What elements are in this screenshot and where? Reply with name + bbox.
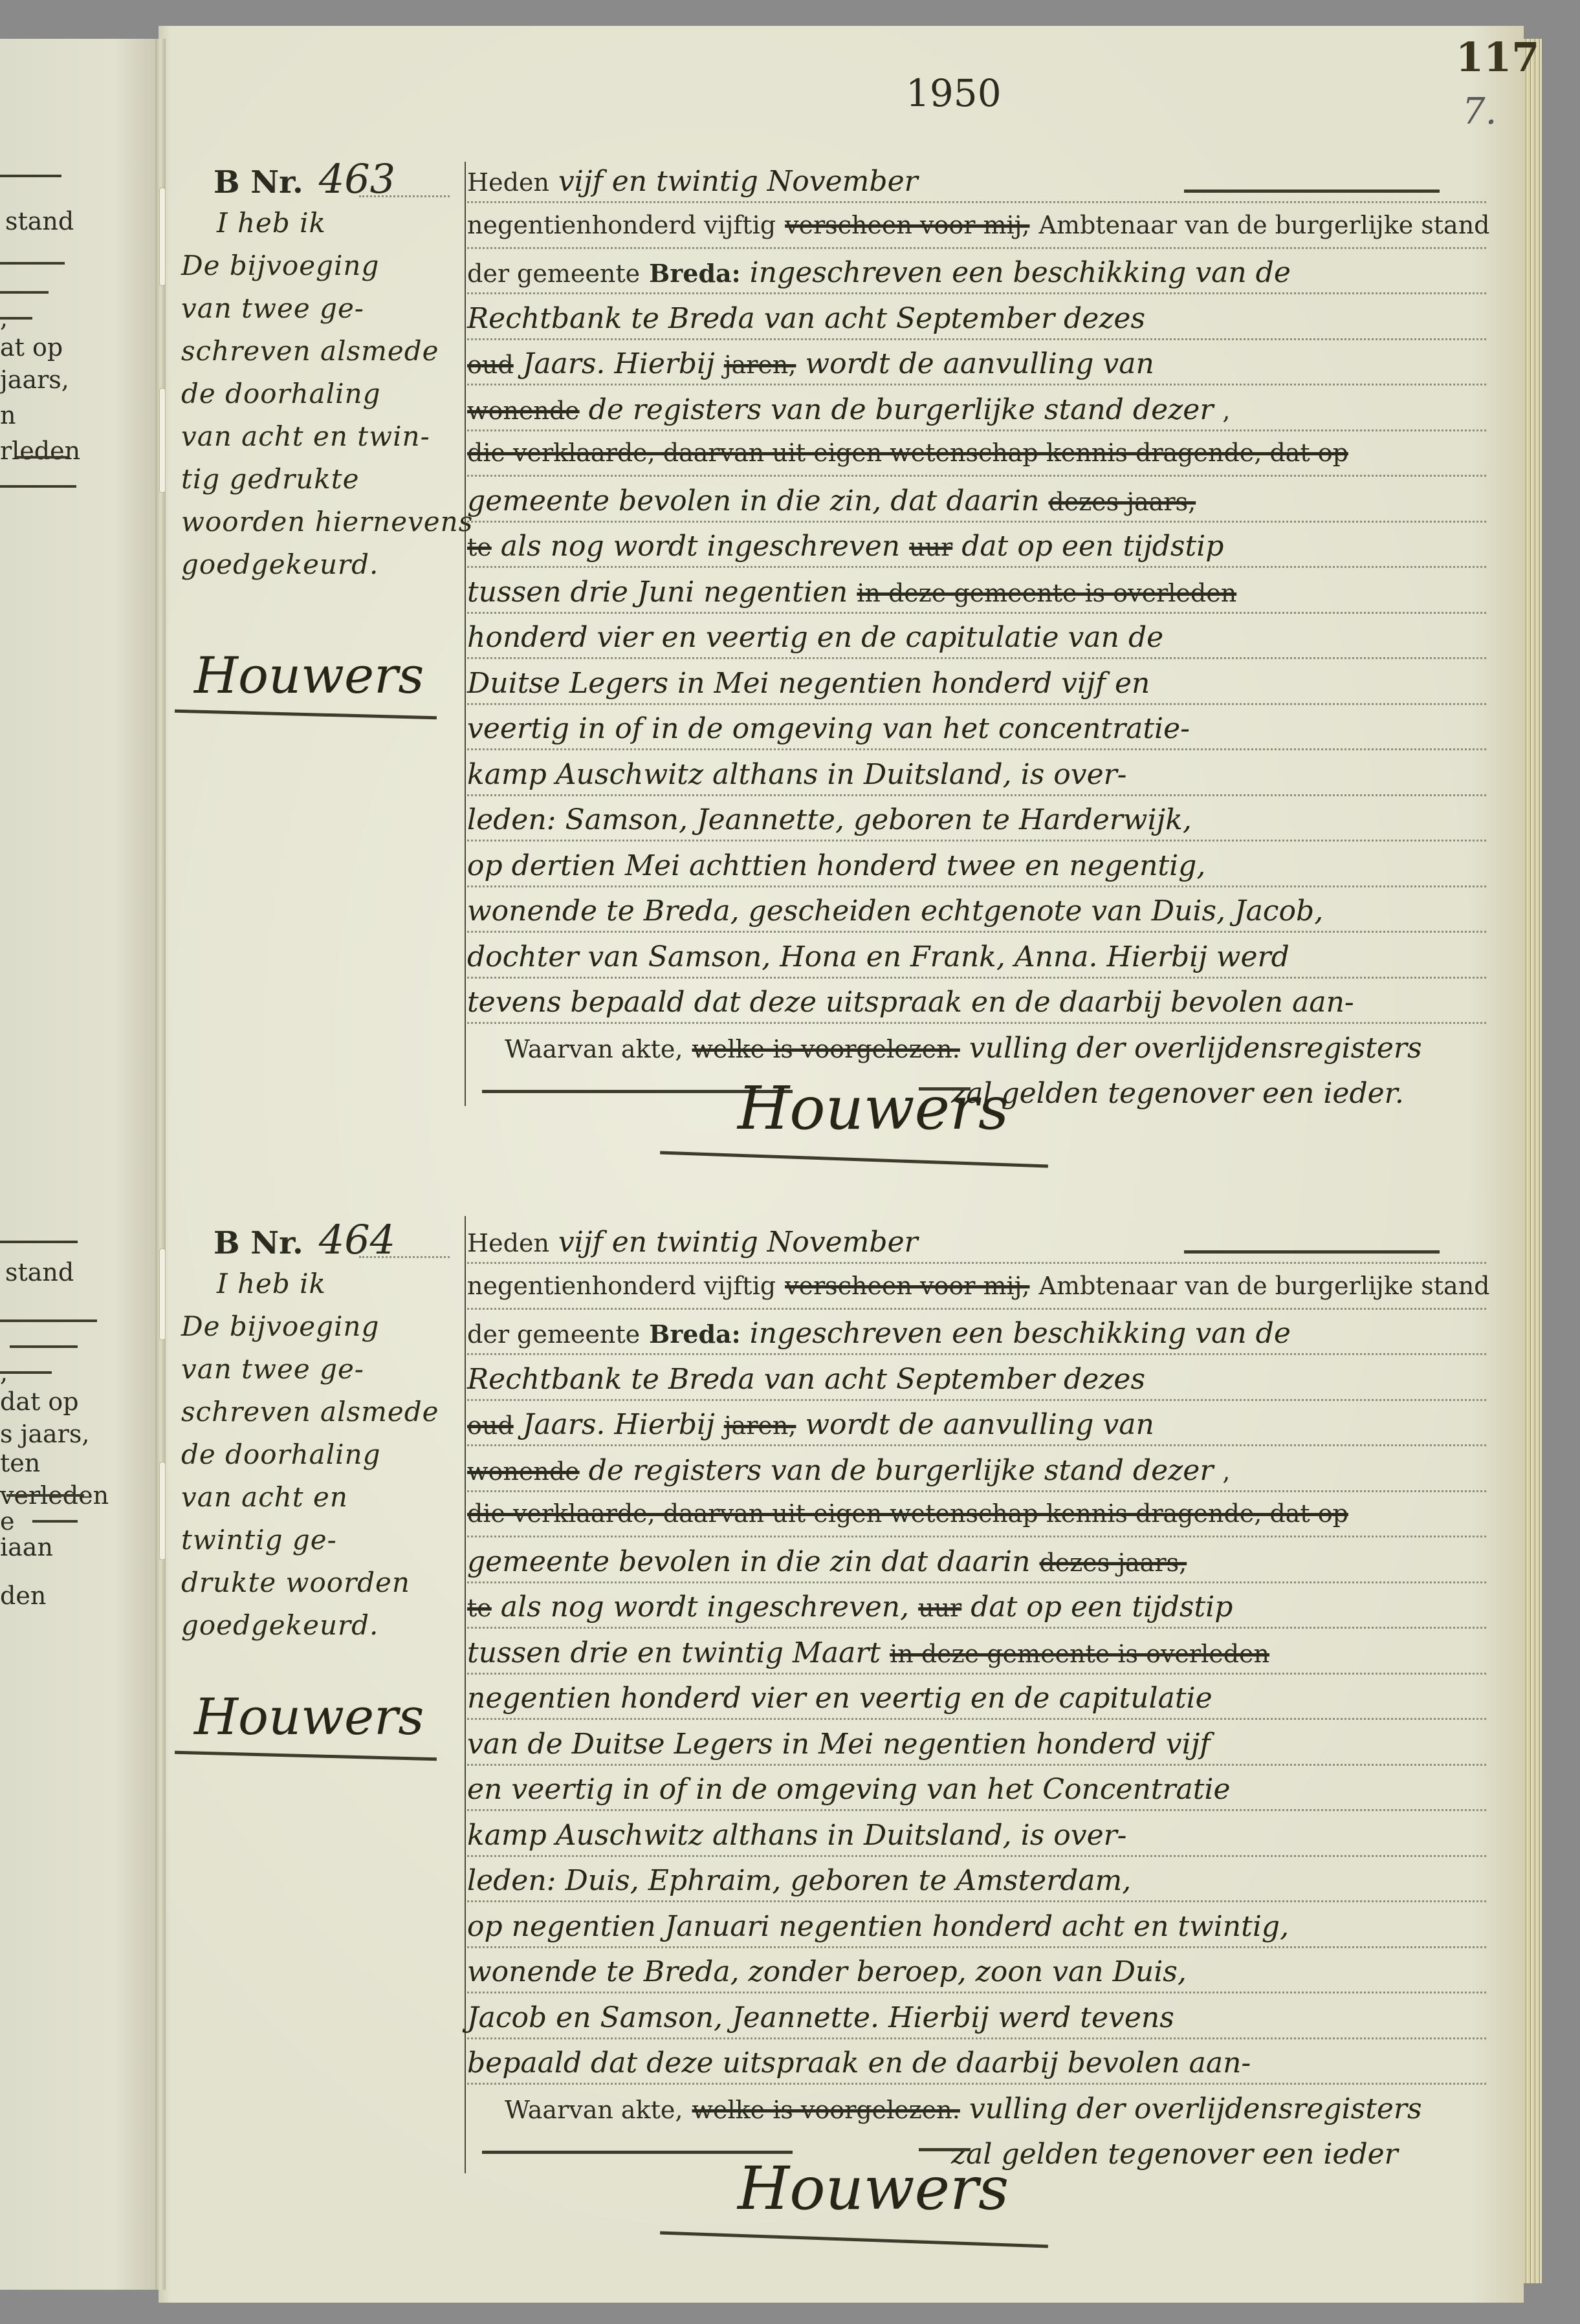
binding-stitch	[159, 388, 166, 493]
margin-note-line: de doorhaling	[181, 1439, 381, 1470]
write-line	[467, 657, 1486, 659]
handwritten-text: van de Duitse Legers in Mei negentien ho…	[467, 1728, 1211, 1761]
handwritten-text: als nog wordt ingeschreven,	[501, 1591, 909, 1624]
facing-page-text: iaan	[0, 1533, 53, 1561]
handwritten-text: wonende te Breda, gescheiden echtgenote …	[467, 895, 1323, 928]
facing-page-text: dat op	[0, 1387, 79, 1416]
printed-text: Ambtenaar van de burgerlijke stand	[1039, 211, 1490, 239]
printed-text: der gemeente	[467, 1320, 640, 1349]
write-line	[467, 521, 1486, 523]
facing-page-rule	[0, 485, 76, 488]
write-line	[467, 1308, 1486, 1310]
handwritten-text: dat op een tijdstip	[961, 530, 1223, 563]
handwritten-text: honderd vier en veertig en de capitulati…	[467, 621, 1163, 654]
handwritten-text: vulling der overlijdensregisters	[969, 1032, 1422, 1065]
facing-page-rule	[0, 291, 49, 294]
facing-page-rule	[0, 1371, 52, 1374]
handwritten-text: de registers van de burgerlijke stand de…	[589, 1454, 1214, 1487]
printed-text: Waarvan akte,	[505, 1035, 683, 1063]
struck-printed-text: jaren,	[724, 1411, 796, 1440]
filler-rule	[1184, 190, 1440, 193]
write-line	[467, 612, 1486, 614]
struck-printed-text: verscheen voor mij,	[785, 1272, 1029, 1300]
facing-page-rule	[0, 175, 61, 177]
record-line: der gemeenteBreda:ingeschreven een besch…	[467, 256, 1489, 289]
struck-printed-text: jaren,	[724, 351, 796, 379]
record-line: veertig in of in de omgeving van het con…	[467, 712, 1489, 745]
write-line	[467, 1262, 1486, 1264]
handwritten-text: tussen drie Juni negentien	[467, 576, 848, 609]
write-line	[467, 338, 1486, 340]
handwritten-text: wordt de aanvulling van	[805, 1408, 1154, 1441]
facing-page-text: e	[0, 1507, 15, 1536]
record-line: wonendede registers van de burgerlijke s…	[467, 393, 1489, 426]
write-line	[467, 429, 1486, 431]
write-line	[467, 1992, 1486, 1993]
struck-printed-text: welke is voorgelezen.	[692, 2096, 960, 2124]
handwritten-text: als nog wordt ingeschreven	[501, 530, 900, 563]
record-line: honderd vier en veertig en de capitulati…	[467, 621, 1489, 654]
record-line: gemeente bevolen in die zin dat daarinde…	[467, 1545, 1489, 1578]
handwritten-text: tevens bepaald dat deze uitspraak en de …	[467, 986, 1354, 1019]
record-line: die verklaarde, daarvan uit eigen wetens…	[467, 439, 1489, 467]
handwritten-text: leden: Duis, Ephraim, geboren te Amsterd…	[467, 1864, 1131, 1897]
filler-rule	[919, 2148, 971, 2151]
facing-page-rule	[6, 1494, 84, 1497]
margin-signature: Houwers	[194, 1688, 424, 1746]
record-line: Rechtbank te Breda van acht September de…	[467, 1363, 1489, 1396]
write-line	[467, 794, 1486, 796]
folio-mark: 7.	[1462, 91, 1497, 133]
record-line: der gemeenteBreda:ingeschreven een besch…	[467, 1317, 1489, 1350]
record-line: teals nog wordt ingeschrevenuurdat op ee…	[467, 530, 1489, 563]
write-line	[467, 1855, 1486, 1857]
struck-printed-text: in deze gemeente is overleden	[857, 579, 1236, 607]
handwritten-text: op dertien Mei achttien honderd twee en …	[467, 849, 1205, 882]
margin-note-line: van acht en twin-	[181, 420, 430, 452]
margin-note-line: I heb ik	[217, 1268, 326, 1299]
record-line: van de Duitse Legers in Mei negentien ho…	[467, 1728, 1489, 1761]
record-line: bepaald dat deze uitspraak en de daarbij…	[467, 2047, 1489, 2080]
record-line: wonendede registers van de burgerlijke s…	[467, 1454, 1489, 1487]
b-nr-label: B Nr.	[214, 1225, 303, 1261]
register-year: 1950	[906, 71, 1002, 115]
registrar-signature: Houwers	[738, 2154, 1009, 2223]
struck-printed-text: die verklaarde, daarvan uit eigen wetens…	[467, 1499, 1348, 1528]
registrar-signature: Houwers	[738, 1074, 1009, 1143]
write-line	[467, 1764, 1486, 1766]
handwritten-text: tussen drie en twintig Maart	[467, 1636, 881, 1669]
printed-text: ,	[1222, 1457, 1230, 1486]
margin-note-line: van acht en	[181, 1481, 348, 1513]
filler-rule	[1184, 1250, 1440, 1254]
margin-note-line: schreven alsmede	[181, 335, 439, 367]
facing-page-text: s jaars,	[0, 1420, 89, 1448]
handwritten-text: wordt de aanvulling van	[805, 347, 1154, 380]
record-line: leden: Duis, Ephraim, geboren te Amsterd…	[467, 1864, 1489, 1897]
struck-printed-text: te	[467, 1594, 492, 1622]
handwritten-text: ingeschreven een beschikking van de	[750, 256, 1291, 289]
margin-note-line: drukte woorden	[181, 1567, 410, 1598]
facing-page-text: n	[0, 401, 16, 429]
record-line: kamp Auschwitz althans in Duitsland, is …	[467, 758, 1489, 791]
struck-printed-text: wonende	[467, 396, 580, 425]
entry-number-dotline	[359, 195, 450, 197]
facing-page-rule	[0, 262, 65, 265]
facing-page-rule	[10, 1345, 78, 1348]
margin-note-line: goedgekeurd.	[181, 548, 379, 580]
facing-page-text: den	[0, 1581, 46, 1610]
record-line: gemeente bevolen in die zin, dat daarind…	[467, 484, 1489, 517]
write-line	[467, 1673, 1486, 1675]
write-line	[467, 566, 1486, 568]
handwritten-text: en veertig in of in de omgeving van het …	[467, 1773, 1231, 1806]
margin-note-line: I heb ik	[217, 207, 326, 239]
write-line	[467, 1946, 1486, 1948]
struck-printed-text: dezes jaars,	[1039, 1548, 1187, 1577]
write-line	[467, 748, 1486, 750]
handwritten-text: leden: Samson, Jeannette, geboren te Har…	[467, 803, 1192, 836]
margin-note-line: schreven alsmede	[181, 1396, 439, 1428]
record-line: kamp Auschwitz althans in Duitsland, is …	[467, 1819, 1489, 1852]
struck-printed-text: oud	[467, 351, 514, 379]
handwritten-text: Jacob en Samson, Jeannette. Hierbij werd…	[467, 2001, 1174, 2034]
struck-printed-text: die verklaarde, daarvan uit eigen wetens…	[467, 439, 1348, 467]
write-line	[467, 1444, 1486, 1446]
binding-stitch	[159, 1248, 166, 1340]
b-nr-label: B Nr.	[214, 164, 303, 201]
facing-page-text: stand	[5, 1258, 74, 1287]
printed-text: der gemeente	[467, 259, 640, 288]
handwritten-text: dochter van Samson, Hona en Frank, Anna.…	[467, 940, 1289, 973]
handwritten-text: vijf en twintig November	[558, 165, 918, 198]
printed-text: Heden	[467, 168, 549, 197]
record-line: tussen drie en twintig Maartin deze geme…	[467, 1636, 1489, 1669]
write-line	[467, 931, 1486, 933]
handwritten-text: Jaars. Hierbij	[523, 347, 715, 380]
record-line: Hedenvijf en twintig November	[467, 165, 1489, 198]
margin-note-line: twintig ge-	[181, 1524, 337, 1556]
struck-printed-text: welke is voorgelezen.	[692, 1035, 960, 1063]
record-line: Rechtbank te Breda van acht September de…	[467, 302, 1489, 335]
record-line: en veertig in of in de omgeving van het …	[467, 1773, 1489, 1806]
record-line: tussen drie Juni negentienin deze gemeen…	[467, 576, 1489, 609]
record-line: Waarvan akte,welke is voorgelezen.vullin…	[505, 1032, 1527, 1065]
write-line	[467, 1399, 1486, 1401]
record-line: leden: Samson, Jeannette, geboren te Har…	[467, 803, 1489, 836]
record-line: op negentien Januari negentien honderd a…	[467, 1910, 1489, 1943]
printed-text: Ambtenaar van de burgerlijke stand	[1039, 1272, 1490, 1300]
write-line	[467, 1353, 1486, 1355]
handwritten-text: de registers van de burgerlijke stand de…	[589, 393, 1214, 426]
record-line: wonende te Breda, gescheiden echtgenote …	[467, 895, 1489, 928]
write-line	[467, 1718, 1486, 1720]
handwritten-text: negentien honderd vier en veertig en de …	[467, 1682, 1212, 1715]
write-line	[467, 885, 1486, 887]
handwritten-text: op negentien Januari negentien honderd a…	[467, 1910, 1289, 1943]
facing-page-text: rleden	[0, 437, 80, 465]
entry-number-dotline	[359, 1256, 450, 1258]
facing-page-rule	[16, 456, 68, 459]
struck-printed-text: in deze gemeente is overleden	[890, 1640, 1269, 1668]
struck-printed-text: wonende	[467, 1457, 580, 1486]
printed-text: negentienhonderd vijftig	[467, 211, 776, 239]
write-line	[467, 292, 1486, 294]
handwritten-text: gemeente bevolen in die zin, dat daarin	[467, 484, 1039, 517]
margin-signature: Houwers	[194, 647, 424, 705]
page-number: 117	[1456, 34, 1539, 81]
margin-note-line: De bijvoeging	[181, 1310, 379, 1342]
write-line	[467, 977, 1486, 979]
write-line	[467, 840, 1486, 842]
record-line: negentienhonderd vijftigverscheen voor m…	[467, 1272, 1489, 1300]
book-spine	[155, 39, 166, 2290]
handwritten-text: veertig in of in de omgeving van het con…	[467, 712, 1190, 745]
write-line	[467, 1627, 1486, 1629]
handwritten-text: dat op een tijdstip	[971, 1591, 1233, 1624]
column-divider	[465, 162, 466, 1106]
printed-text: Breda:	[649, 259, 741, 288]
printed-text: Breda:	[649, 1319, 741, 1349]
margin-note-line: goedgekeurd.	[181, 1609, 379, 1641]
write-line	[467, 1490, 1486, 1492]
write-line	[467, 201, 1486, 203]
record-line: tevens bepaald dat deze uitspraak en de …	[467, 986, 1489, 1019]
column-divider	[465, 1216, 466, 2173]
facing-page-rule	[0, 1241, 78, 1243]
record-line: negentienhonderd vijftigverscheen voor m…	[467, 211, 1489, 239]
printed-text: Heden	[467, 1229, 549, 1257]
facing-page-rule	[0, 317, 32, 320]
record-line: Waarvan akte,welke is voorgelezen.vullin…	[505, 2092, 1527, 2125]
struck-printed-text: verscheen voor mij,	[785, 211, 1029, 239]
handwritten-text: vijf en twintig November	[558, 1226, 918, 1259]
margin-note-line: tig gedrukte	[181, 463, 359, 495]
write-line	[467, 1536, 1486, 1537]
printed-text: Waarvan akte,	[505, 2096, 683, 2124]
write-line	[467, 1900, 1486, 1902]
write-line	[467, 475, 1486, 477]
facing-page-text: jaars,	[0, 365, 69, 394]
write-line	[467, 1809, 1486, 1811]
margin-note-line: van twee ge-	[181, 1353, 364, 1385]
facing-page-rule	[0, 1319, 97, 1322]
write-line	[467, 2083, 1486, 2085]
record-line: Hedenvijf en twintig November	[467, 1226, 1489, 1259]
page-stack-edge	[1524, 39, 1542, 2283]
record-line: op dertien Mei achttien honderd twee en …	[467, 849, 1489, 882]
handwritten-text: wonende te Breda, zonder beroep, zoon va…	[467, 1955, 1187, 1988]
write-line	[467, 703, 1486, 705]
handwritten-text: zal gelden tegenover een ieder	[951, 2138, 1398, 2171]
facing-page-text: stand	[5, 207, 74, 235]
write-line	[467, 384, 1486, 386]
margin-note-line: de doorhaling	[181, 378, 381, 409]
record-line: die verklaarde, daarvan uit eigen wetens…	[467, 1499, 1489, 1528]
handwritten-text: Rechtbank te Breda van acht September de…	[467, 302, 1145, 335]
handwritten-text: Rechtbank te Breda van acht September de…	[467, 1363, 1145, 1396]
binding-stitch	[159, 1462, 166, 1560]
handwritten-text: kamp Auschwitz althans in Duitsland, is …	[467, 1819, 1127, 1852]
handwritten-text: ingeschreven een beschikking van de	[750, 1317, 1291, 1350]
handwritten-text: vulling der overlijdensregisters	[969, 2092, 1422, 2125]
struck-printed-text: dezes jaars,	[1048, 488, 1196, 516]
facing-page-text: ten	[0, 1449, 40, 1477]
record-line: zal gelden tegenover een ieder	[951, 2138, 1580, 2171]
handwritten-text: Duitse Legers in Mei negentien honderd v…	[467, 667, 1150, 700]
facing-page-text: at op	[0, 333, 63, 362]
margin-note-line: van twee ge-	[181, 292, 364, 324]
struck-printed-text: oud	[467, 1411, 514, 1440]
handwritten-text: bepaald dat deze uitspraak en de daarbij…	[467, 2047, 1251, 2080]
record-line: oudJaars. Hierbijjaren,wordt de aanvulli…	[467, 1408, 1489, 1441]
margin-note-line: De bijvoeging	[181, 250, 379, 281]
facing-page-rule	[32, 1520, 78, 1523]
binding-stitch	[159, 188, 166, 286]
struck-printed-text: uur	[918, 1594, 961, 1622]
record-line: oudJaars. Hierbijjaren,wordt de aanvulli…	[467, 347, 1489, 380]
printed-text: ,	[1222, 396, 1230, 425]
record-line: negentien honderd vier en veertig en de …	[467, 1682, 1489, 1715]
handwritten-text: Jaars. Hierbij	[523, 1408, 715, 1441]
record-line: teals nog wordt ingeschreven,uurdat op e…	[467, 1591, 1489, 1624]
handwritten-text: zal gelden tegenover een ieder.	[951, 1077, 1404, 1110]
record-line: Jacob en Samson, Jeannette. Hierbij werd…	[467, 2001, 1489, 2034]
handwritten-text: gemeente bevolen in die zin dat daarin	[467, 1545, 1030, 1578]
write-line	[467, 2037, 1486, 2039]
record-line: dochter van Samson, Hona en Frank, Anna.…	[467, 940, 1489, 973]
record-line: zal gelden tegenover een ieder.	[951, 1077, 1580, 1110]
struck-printed-text: te	[467, 533, 492, 561]
record-line: wonende te Breda, zonder beroep, zoon va…	[467, 1955, 1489, 1988]
write-line	[467, 247, 1486, 249]
record-line: Duitse Legers in Mei negentien honderd v…	[467, 667, 1489, 700]
write-line	[467, 1581, 1486, 1583]
printed-text: negentienhonderd vijftig	[467, 1272, 776, 1300]
handwritten-text: kamp Auschwitz althans in Duitsland, is …	[467, 758, 1127, 791]
struck-printed-text: uur	[909, 533, 952, 561]
margin-note-line: woorden hiernevens	[181, 506, 473, 538]
write-line	[467, 1022, 1486, 1024]
